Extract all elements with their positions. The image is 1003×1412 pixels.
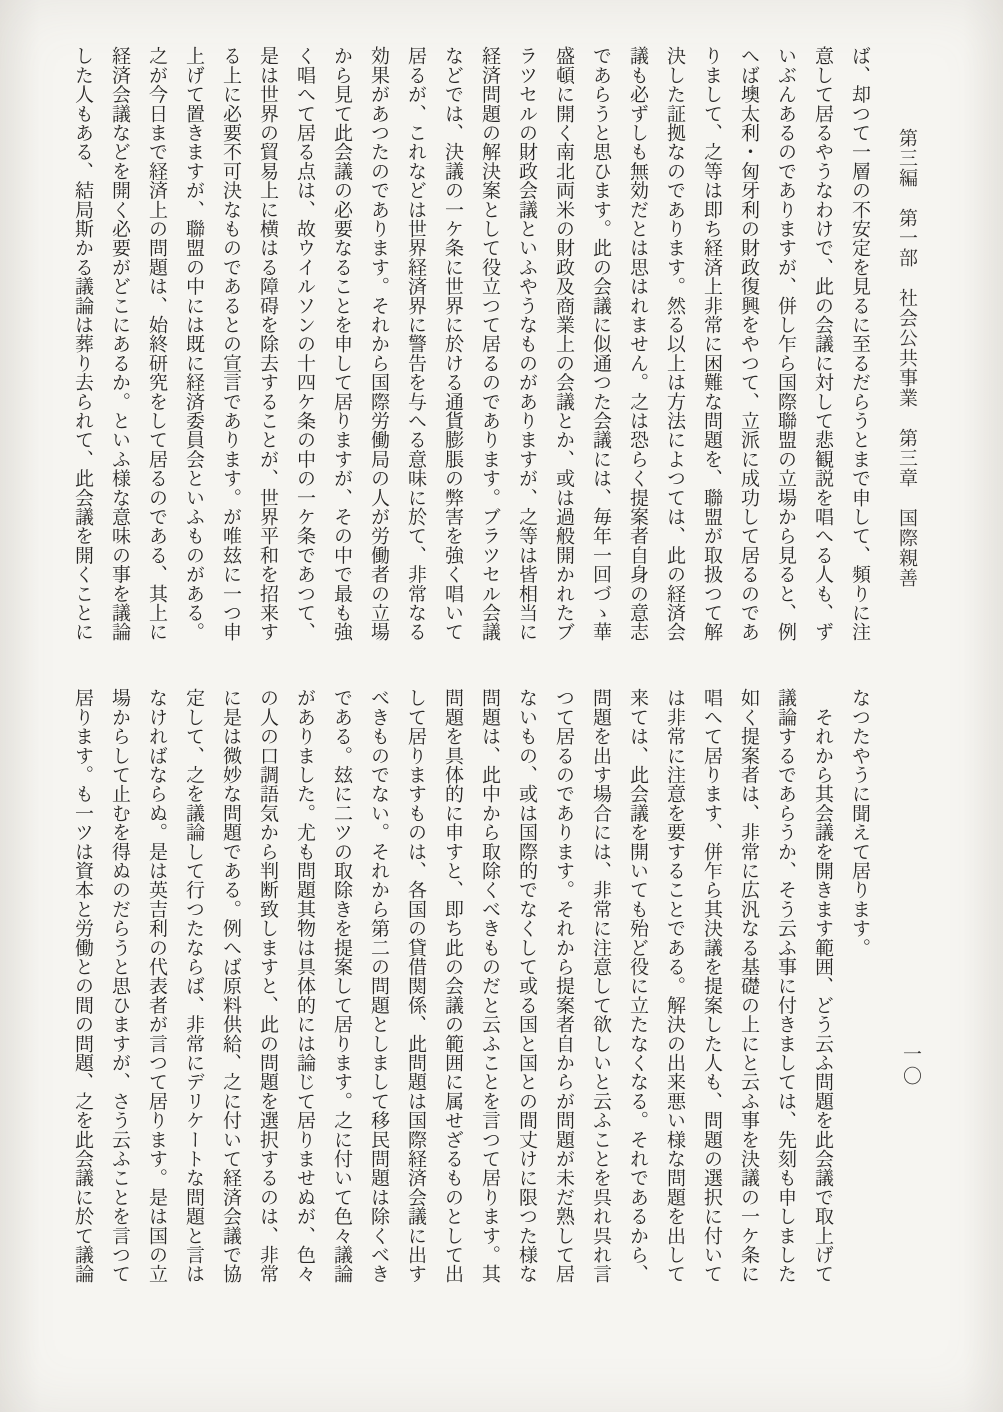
text-line: 経済問題の解決案として役立つて居るのであります。ブラツセル会議 (471, 46, 508, 652)
text-line: く唱へて居る点は、故ウイルソンの十四ケ条の中の一ケ条であつて、 (286, 46, 323, 652)
text-line: は非常に注意を要することである。解決の出来悪い様な問題を出して (656, 688, 693, 1322)
text-line: なつたやうに聞えて居ります。 (841, 688, 878, 1322)
page-number: 一〇 (898, 1044, 925, 1088)
chapter-header: 第三編 第一部 社会公共事業 第三章 国際親善 (894, 128, 921, 648)
text-line: 議論するであらうか、そう云ふ事に付きましては、先刻も申しました (767, 688, 804, 1322)
text-line: つて居るのであります。それから提案者自からが問題が未だ熟して居 (545, 688, 582, 1322)
bottom-text-block: なつたやうに聞えて居ります。 それから其会議を開きます範囲、どう云ふ問題を此会議… (64, 688, 878, 1322)
text-line: ラツセルの財政会議といふやうなものがありますが、之等は皆相当に (508, 46, 545, 652)
text-line: 定して、之を議論して行つたならば、非常にデリケートな問題と言は (175, 688, 212, 1322)
text-line: 意して居るやうなわけで、此の会議に対して悲観説を唱へる人も、ず (804, 46, 841, 652)
text-line: ば、却つて一層の不安定を見るに至るだらうとまで申して、頻りに注 (841, 46, 878, 652)
text-line: 是は世界の貿易上に横はる障碍を除去することが、世界平和を招来す (249, 46, 286, 652)
text-line: 之が今日まで経済上の問題は、始終研究をして居るのである、其上に (138, 46, 175, 652)
text-line: 居ります。も一ツは資本と労働との間の問題、之を此会議に於て議論 (64, 688, 101, 1322)
book-page: 第三編 第一部 社会公共事業 第三章 国際親善 ば、却つて一層の不安定を見るに至… (0, 0, 1003, 1412)
text-line: 盛頓に開く南北両米の財政及商業上の会議とか、或は過般開かれたブ (545, 46, 582, 652)
text-line: に是は微妙な問題である。例へば原料供給、之に付いて経済会議で協 (212, 688, 249, 1322)
text-line: 議も必ずしも無効だとは思はれません。之は恐らく提案者自身の意志 (619, 46, 656, 652)
text-line: 居るが、これなどは世界経済界に警告を与へる意味に於て、非常なる (397, 46, 434, 652)
text-line: りまして、之等は即ち経済上非常に困難な問題を、聯盟が取扱つて解 (693, 46, 730, 652)
text-line: いぶんあるのでありますが、併し乍ら国際聯盟の立場から見ると、例 (767, 46, 804, 652)
text-line: であらうと思ひます。此の会議に似通つた会議には、毎年一回づゝ華 (582, 46, 619, 652)
text-line: 効果があつたのであります。それから国際労働局の人が労働者の立場 (360, 46, 397, 652)
top-text-block: ば、却つて一層の不安定を見るに至るだらうとまで申して、頻りに注意して居るやうなわ… (64, 46, 878, 652)
text-line: 経済会議などを開く必要がどこにあるか。といふ様な意味の事を議論 (101, 46, 138, 652)
text-line: 場からして止むを得ぬのだらうと思ひますが、さう云ふことを言つて (101, 688, 138, 1322)
text-line: 問題を具体的に申すと、即ち此の会議の範囲に属せざるものとして出 (434, 688, 471, 1322)
text-line: などでは、決議の一ケ条に世界に於ける通貨膨脹の弊害を強く唱いて (434, 46, 471, 652)
text-line: 来ては、此会議を開いても殆ど役に立たなくなる。それであるから、 (619, 688, 656, 1322)
text-line: がありました。尤も問題其物は具体的には論じて居りませぬが、色々 (286, 688, 323, 1322)
text-line: した人もある、結局斯かる議論は葬り去られて、此会議を開くことに (64, 46, 101, 652)
text-line: 上げて置きますが、聯盟の中には既に経済委員会といふものがある。 (175, 46, 212, 652)
text-line: して居りますものは、各国の貸借関係、此問題は国際経済会議に出す (397, 688, 434, 1322)
text-line: 問題は、此中から取除くべきものだと云ふことを言つて居ります。其 (471, 688, 508, 1322)
text-line: それから其会議を開きます範囲、どう云ふ問題を此会議で取上げて (804, 688, 841, 1322)
text-line: へば墺太利・匈牙利の財政復興をやつて、立派に成功して居るのであ (730, 46, 767, 652)
text-line: 問題を出す場合には、非常に注意して欲しいと云ふことを呉れ呉れ言 (582, 688, 619, 1322)
text-line: 如く提案者は、非常に広汎なる基礎の上にと云ふ事を決議の一ケ条に (730, 688, 767, 1322)
text-line: ないもの、或は国際的でなくして或る国と国との間丈けに限つた様な (508, 688, 545, 1322)
text-line: から見て此会議の必要なることを申して居りますが、その中で最も強 (323, 46, 360, 652)
text-line: である。玆に二ツの取除きを提案して居ります。之に付いて色々議論 (323, 688, 360, 1322)
text-line: の人の口調語気から判断致しますと、此の問題を選択するのは、非常 (249, 688, 286, 1322)
text-line: なければならぬ。是は英吉利の代表者が言つて居ります。是は国の立 (138, 688, 175, 1322)
text-line: る上に必要不可決なものであるとの宣言であります。が唯玆に一つ申 (212, 46, 249, 652)
text-line: べきものでない。それから第二の問題としまして移民問題は除くべき (360, 688, 397, 1322)
text-line: 唱へて居ります、併乍ら其決議を提案した人も、問題の選択に付いて (693, 688, 730, 1322)
text-line: 決した証拠なのであります。然る以上は方法によつては、此の経済会 (656, 46, 693, 652)
